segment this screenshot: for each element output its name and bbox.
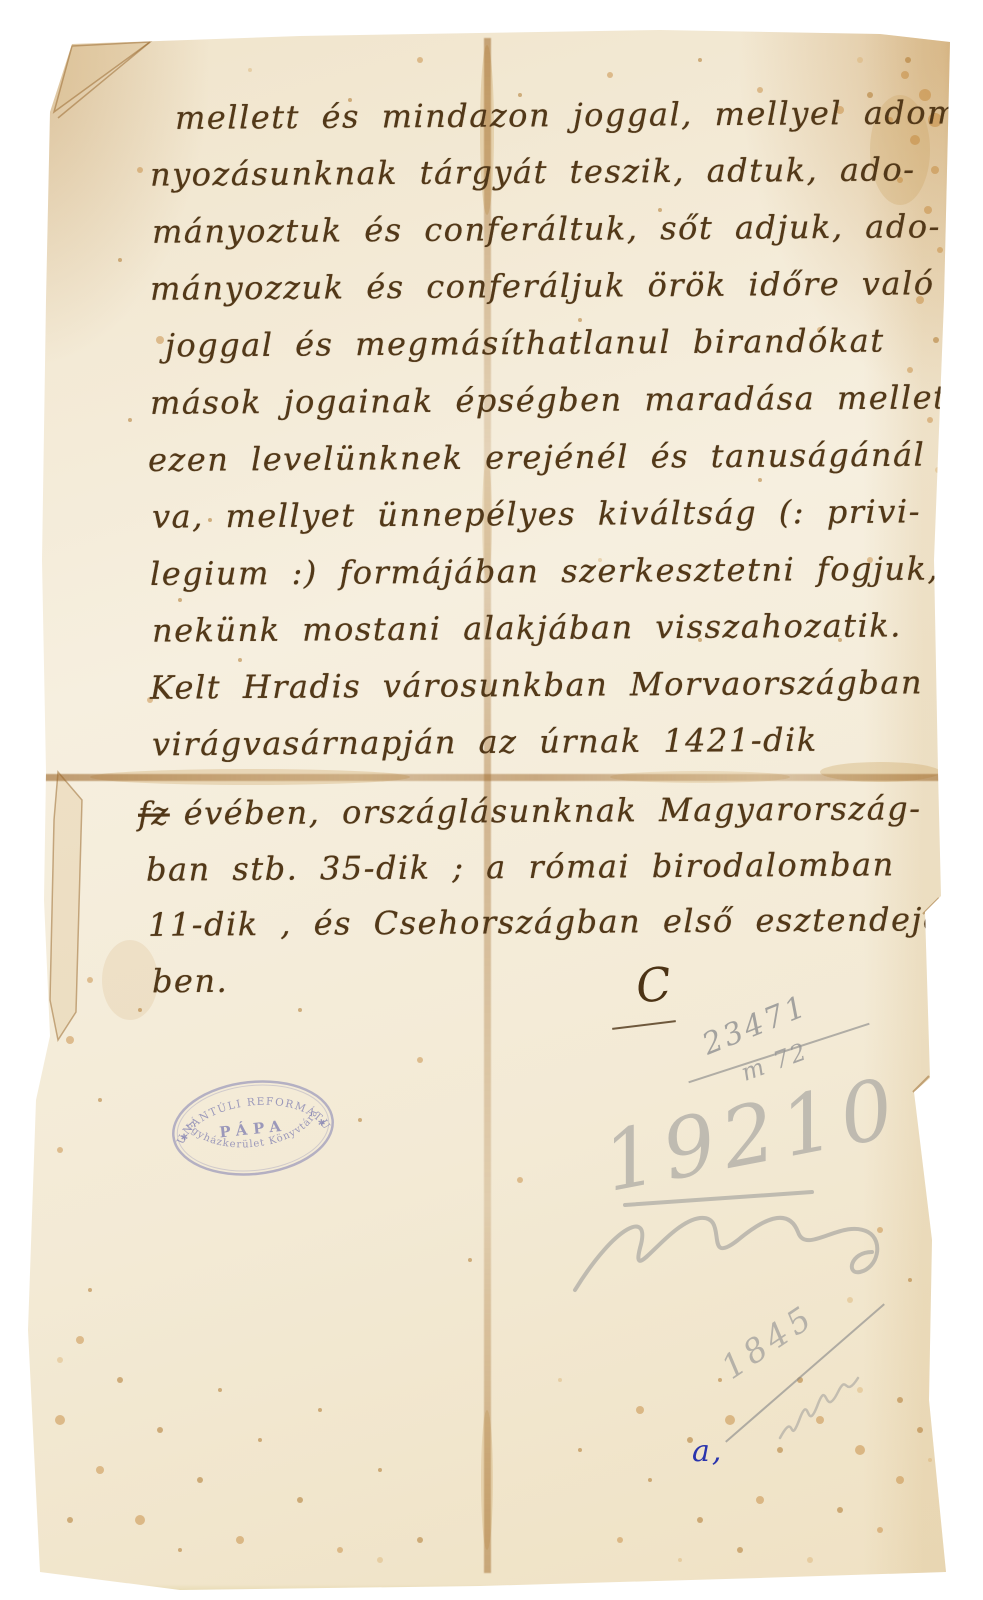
- text-line-with-correction: fzévében, országlásunknak Magyarország-: [138, 789, 922, 832]
- text-line: legium :) formájában szerkesztetni fogju…: [150, 549, 983, 593]
- text-line: ban stb. 35-dik ; a római birodalomban: [146, 845, 895, 888]
- text-line: nekünk mostani alakjában visszahozatik.: [152, 606, 902, 649]
- text-line: ezen levelünknek erejénél és tanuságánál…: [148, 435, 983, 479]
- photo-of-document: mellett és mindazon joggal, mellyel adom…: [0, 0, 983, 1600]
- section-mark-underline: [612, 1020, 676, 1030]
- text-line: virágvasárnapján az úrnak 1421-dik: [152, 721, 818, 764]
- text-line: nyozásunknak tárgyát teszik, adtuk, ado-: [150, 150, 916, 193]
- text-line: mányoztuk és conferáltuk, sőt adjuk, ado…: [152, 207, 941, 251]
- stamp-star-left: ✱: [180, 1133, 189, 1144]
- crossed-out-word: fz: [138, 795, 170, 833]
- text-line: évében, országlásunknak Magyarország-: [184, 789, 922, 832]
- manuscript-page: mellett és mindazon joggal, mellyel adom…: [0, 0, 983, 1600]
- pencil-scrawl-small: [780, 1378, 858, 1438]
- text-line: mások jogainak épségben maradása mellett…: [150, 378, 974, 422]
- blue-ink-letter: a,: [692, 1434, 723, 1469]
- text-line: mellett és mindazon joggal, mellyel adom…: [175, 93, 983, 137]
- library-stamp: DUNÁNTÚLI REFORMÁTUS Egyházkerület Könyv…: [161, 1067, 345, 1189]
- text-line: mányozzuk és conferáljuk örök időre való: [150, 264, 935, 307]
- text-line: joggal és megmásíthatlanul birandókat: [165, 321, 885, 364]
- text-line: va, mellyet ünnepélyes kiváltság (: priv…: [152, 492, 921, 535]
- text-line: ben.: [152, 962, 228, 1001]
- horizontal-fold-crease: [42, 774, 940, 781]
- text-line: 11-dik , és Csehországban első esztendej…: [148, 900, 956, 944]
- section-mark-c: C: [633, 956, 674, 1013]
- stamp-star-right: ✱: [317, 1118, 326, 1129]
- text-line: Kelt Hradis városunkban Morvaországban: [150, 663, 923, 706]
